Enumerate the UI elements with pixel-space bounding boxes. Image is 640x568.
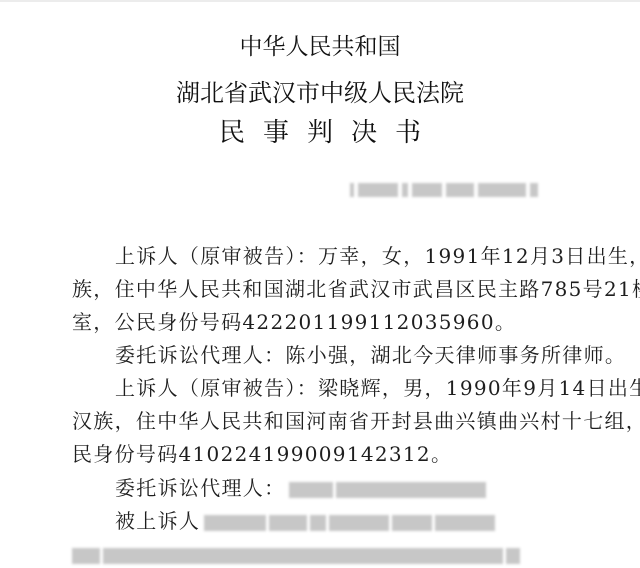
appellant-2-line-1: 上诉人（原审被告）：梁晓辉，男，1990年9月14日出生， — [115, 373, 615, 403]
agent-2-redacted — [289, 482, 486, 498]
appellee-line-1: 被上诉人 — [115, 506, 615, 536]
court-title: 湖北省武汉市中级人民法院 — [0, 73, 640, 108]
case-number-redacted — [350, 181, 538, 199]
appellee-label: 被上诉人 — [115, 509, 200, 533]
appellant-1-line-3: 室，公民身份号码422201199112035960。 — [72, 307, 572, 337]
appellee-redacted-1 — [204, 515, 495, 531]
document-type-title: 民事判决书 — [0, 112, 640, 149]
top-border — [0, 0, 640, 2]
agent-2-line: 委托诉讼代理人： — [115, 473, 615, 503]
appellee-line-2-redacted — [72, 539, 572, 568]
appellant-2-line-3: 民身份号码410224199009142312。 — [72, 439, 572, 469]
agent-1-line: 委托诉讼代理人：陈小强，湖北今天律师事务所律师。 — [115, 340, 615, 370]
appellant-2-line-2: 汉族，住中华人民共和国河南省开封县曲兴镇曲兴村十七组，公 — [72, 406, 572, 436]
agent-2-label: 委托诉讼代理人： — [115, 476, 285, 500]
country-title: 中华人民共和国 — [0, 28, 640, 61]
appellant-1-line-2: 族，住中华人民共和国湖北省武汉市武昌区民主路785号21楼2 — [72, 274, 572, 304]
appellant-1-line-1: 上诉人（原审被告）：万幸，女，1991年12月3日出生，汉 — [115, 241, 615, 271]
